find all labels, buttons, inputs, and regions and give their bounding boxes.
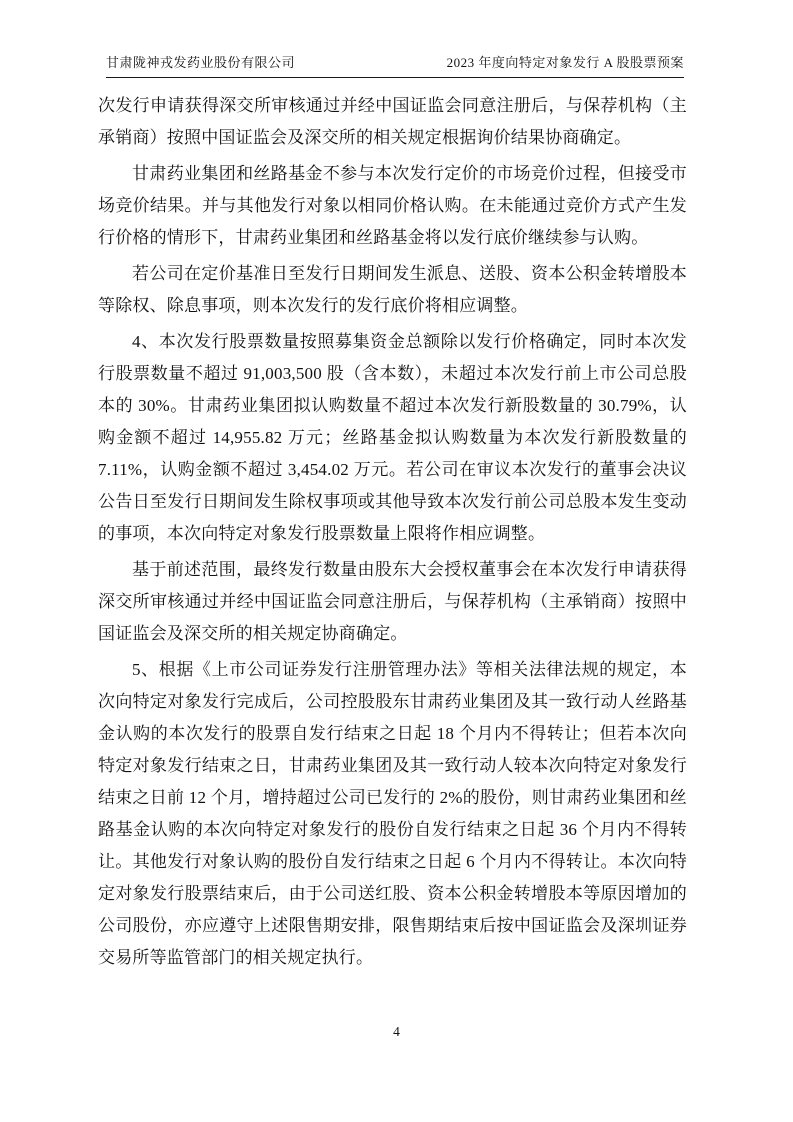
header-document-title: 2023 年度向特定对象发行 A 股股票预案 — [447, 54, 684, 71]
body-paragraph-2: 甘肃药业集团和丝路基金不参与本次发行定价的市场竞价过程，但接受市场竞价结果。并与… — [98, 158, 687, 254]
body-paragraph-1: 次发行申请获得深交所审核通过并经中国证监会同意注册后，与保荐机构（主承销商）按照… — [98, 90, 687, 154]
page-header: 甘肃陇神戎发药业股份有限公司 2023 年度向特定对象发行 A 股股票预案 — [106, 54, 684, 78]
document-body: 次发行申请获得深交所审核通过并经中国证监会同意注册后，与保荐机构（主承销商）按照… — [98, 90, 687, 978]
header-company-name: 甘肃陇神戎发药业股份有限公司 — [106, 54, 295, 71]
body-paragraph-6: 5、根据《上市公司证券发行注册管理办法》等相关法律法规的规定，本次向特定对象发行… — [98, 654, 687, 974]
page-number: 4 — [393, 1024, 400, 1039]
page-footer: 4 — [0, 1024, 793, 1040]
body-paragraph-3: 若公司在定价基准日至发行日期间发生派息、送股、资本公积金转增股本等除权、除息事项… — [98, 258, 687, 322]
body-paragraph-4: 4、本次发行股票数量按照募集资金总额除以发行价格确定，同时本次发行股票数量不超过… — [98, 326, 687, 550]
body-paragraph-5: 基于前述范围，最终发行数量由股东大会授权董事会在本次发行申请获得深交所审核通过并… — [98, 554, 687, 650]
document-page: 甘肃陇神戎发药业股份有限公司 2023 年度向特定对象发行 A 股股票预案 次发… — [0, 0, 793, 1122]
